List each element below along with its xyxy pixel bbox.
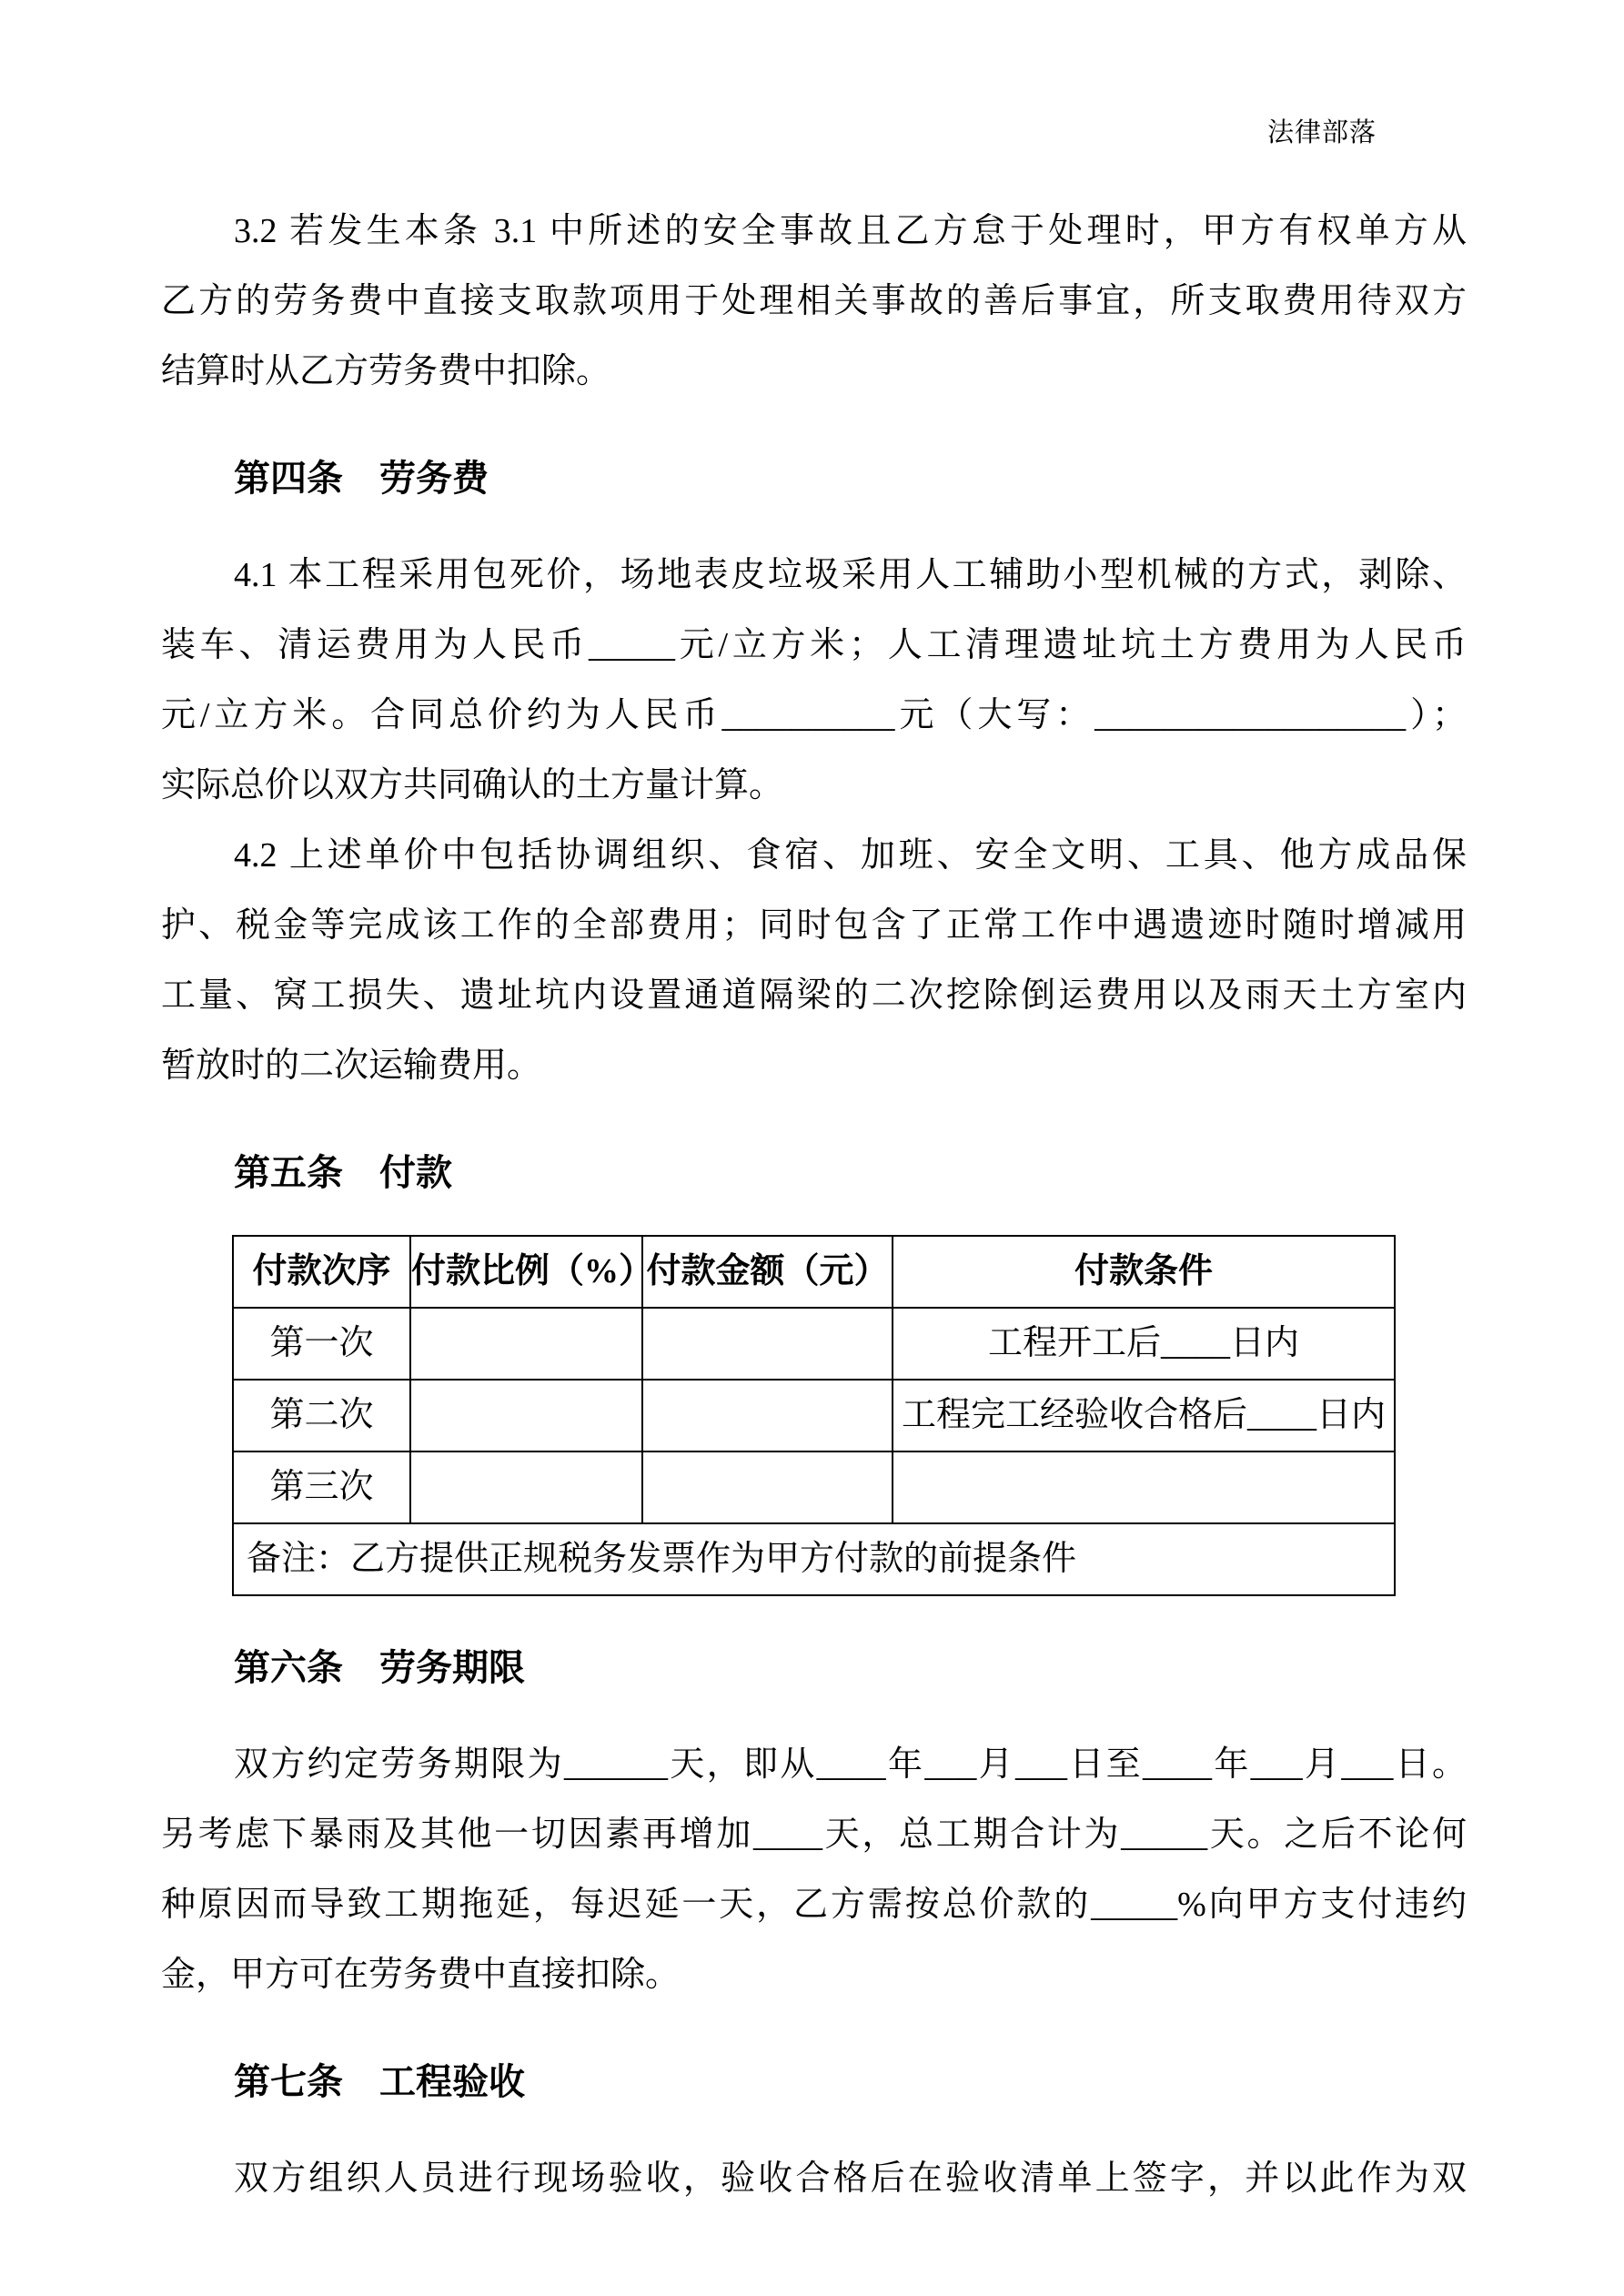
table-note: 备注：乙方提供正规税务发票作为甲方付款的前提条件 [233, 1523, 1395, 1595]
cell-payment-amount [642, 1451, 893, 1523]
clause-4-1: 4.1 本工程采用包死价，场地表皮垃圾采用人工辅助小型机械的方式，剥除、 装车、… [161, 541, 1467, 821]
paragraph-line: 实际总价以双方共同确认的土方量计算。 [161, 751, 1467, 821]
table-row: 第一次 工程开工后____日内 [233, 1308, 1395, 1380]
cell-payment-condition: 工程开工后____日内 [893, 1308, 1395, 1380]
cell-payment-ratio [410, 1451, 642, 1523]
payment-table: 付款次序 付款比例（%） 付款金额（元） 付款条件 第一次 工程开工后____日… [232, 1235, 1396, 1596]
cell-payment-order: 第一次 [233, 1308, 410, 1380]
payment-table-header-row: 付款次序 付款比例（%） 付款金额（元） 付款条件 [233, 1236, 1395, 1308]
column-header-payment-condition: 付款条件 [893, 1236, 1395, 1308]
cell-payment-ratio [410, 1380, 642, 1451]
clause-4-2: 4.2 上述单价中包括协调组织、食宿、加班、安全文明、工具、他方成品保 护、税金… [161, 821, 1467, 1101]
paragraph-line: 结算时从乙方劳务费中扣除。 [161, 337, 1467, 407]
column-header-payment-order: 付款次序 [233, 1236, 410, 1308]
paragraph-line: 元/立方米。合同总价约为人民币__________元（大写：__________… [161, 681, 1467, 751]
paragraph-line: 暂放时的二次运输费用。 [161, 1031, 1467, 1101]
section-heading-acceptance: 第七条 工程验收 [161, 2047, 1467, 2117]
paragraph-line: 双方组织人员进行现场验收，验收合格后在验收清单上签字，并以此作为双 [161, 2144, 1467, 2214]
paragraph-line: 另考虑下暴雨及其他一切因素再增加____天，总工期合计为_____天。之后不论何 [161, 1800, 1467, 1870]
paragraph-line: 乙方的劳务费中直接支取款项用于处理相关事故的善后事宜，所支取费用待双方 [161, 267, 1467, 337]
section-heading-payment: 第五条 付款 [161, 1138, 1467, 1208]
table-row: 第三次 [233, 1451, 1395, 1523]
table-note-row: 备注：乙方提供正规税务发票作为甲方付款的前提条件 [233, 1523, 1395, 1595]
paragraph-line: 金，甲方可在劳务费中直接扣除。 [161, 1940, 1467, 2010]
paragraph-line: 4.2 上述单价中包括协调组织、食宿、加班、安全文明、工具、他方成品保 [161, 821, 1467, 891]
clause-3-2: 3.2 若发生本条 3.1 中所述的安全事故且乙方怠于处理时，甲方有权单方从 乙… [161, 197, 1467, 407]
paragraph-line: 装车、清运费用为人民币_____元/立方米；人工清理遗址坑土方费用为人民币 [161, 611, 1467, 681]
clause-7: 双方组织人员进行现场验收，验收合格后在验收清单上签字，并以此作为双 [161, 2144, 1467, 2214]
contract-page: 法律部落 3.2 若发生本条 3.1 中所述的安全事故且乙方怠于处理时，甲方有权… [0, 0, 1624, 2296]
paragraph-line: 3.2 若发生本条 3.1 中所述的安全事故且乙方怠于处理时，甲方有权单方从 [161, 197, 1467, 267]
cell-payment-ratio [410, 1308, 642, 1380]
document-body: 3.2 若发生本条 3.1 中所述的安全事故且乙方怠于处理时，甲方有权单方从 乙… [161, 197, 1467, 2214]
clause-6: 双方约定劳务期限为______天，即从____年___月___日至____年__… [161, 1730, 1467, 2010]
cell-payment-amount [642, 1308, 893, 1380]
cell-payment-order: 第三次 [233, 1451, 410, 1523]
cell-payment-condition: 工程完工经验收合格后____日内 [893, 1380, 1395, 1451]
paragraph-line: 双方约定劳务期限为______天，即从____年___月___日至____年__… [161, 1730, 1467, 1800]
cell-payment-amount [642, 1380, 893, 1451]
table-row: 第二次 工程完工经验收合格后____日内 [233, 1380, 1395, 1451]
paragraph-line: 4.1 本工程采用包死价，场地表皮垃圾采用人工辅助小型机械的方式，剥除、 [161, 541, 1467, 611]
paragraph-line: 护、税金等完成该工作的全部费用；同时包含了正常工作中遇遗迹时随时增减用 [161, 891, 1467, 961]
cell-payment-condition [893, 1451, 1395, 1523]
site-watermark: 法律部落 [1267, 118, 1377, 147]
column-header-payment-amount: 付款金额（元） [642, 1236, 893, 1308]
paragraph-line: 工量、窝工损失、遗址坑内设置通道隔梁的二次挖除倒运费用以及雨天土方室内 [161, 961, 1467, 1031]
section-heading-labor-period: 第六条 劳务期限 [161, 1633, 1467, 1703]
paragraph-line: 种原因而导致工期拖延，每迟延一天，乙方需按总价款的_____%向甲方支付违约 [161, 1870, 1467, 1940]
cell-payment-order: 第二次 [233, 1380, 410, 1451]
column-header-payment-ratio: 付款比例（%） [410, 1236, 642, 1308]
section-heading-labor-fee: 第四条 劳务费 [161, 443, 1467, 513]
